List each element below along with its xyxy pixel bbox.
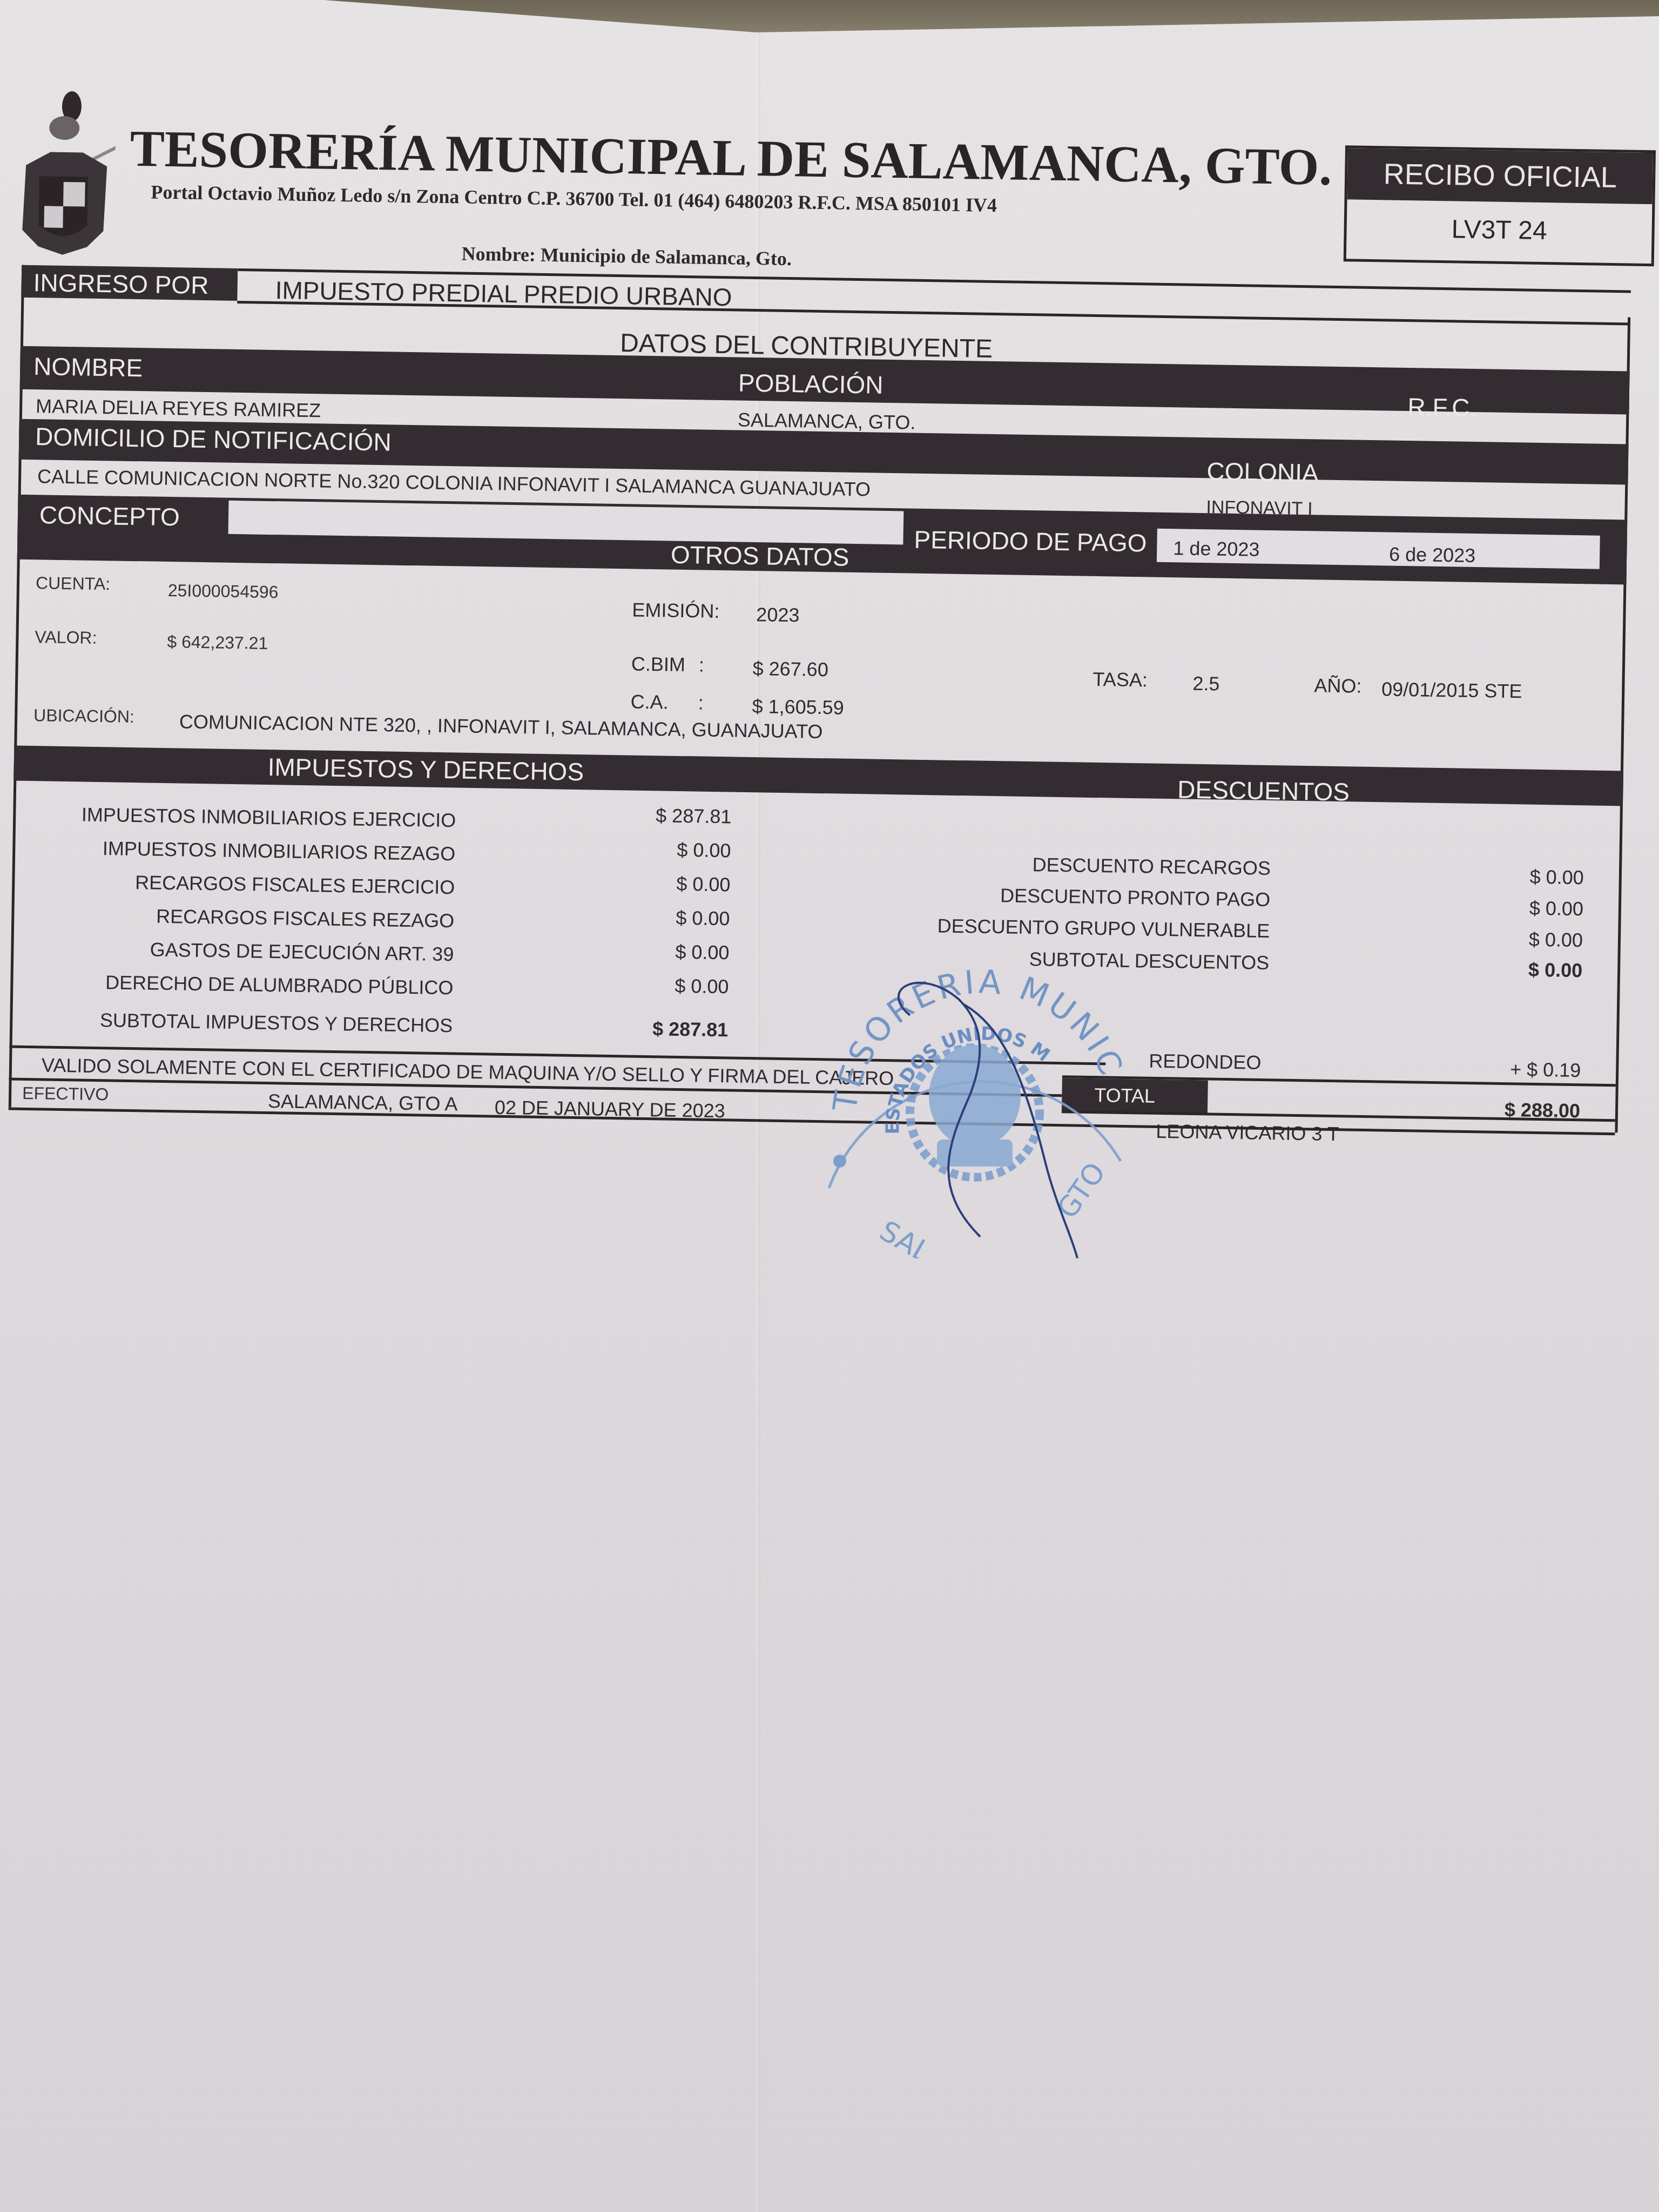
- ca-label: C.A.: [630, 691, 669, 714]
- descuentos-subtotal-amount: $ 0.00: [1458, 957, 1583, 982]
- impuesto-row-label: IMPUESTOS INMOBILIARIOS REZAGO: [45, 837, 456, 866]
- impuesto-row-amount: $ 287.81: [596, 804, 732, 828]
- impuesto-row-label: RECARGOS FISCALES REZAGO: [44, 903, 455, 932]
- receipt-box-label: RECIBO OFICIAL: [1347, 148, 1653, 204]
- nombre-value: MARIA DELIA REYES RAMIREZ: [36, 395, 321, 422]
- descuento-row-label: DESCUENTO RECARGOS: [930, 852, 1271, 880]
- ingreso-label: INGRESO POR: [33, 268, 208, 300]
- receipt-number: LV3T 24: [1346, 199, 1653, 261]
- otros-datos-title: OTROS DATOS: [671, 540, 849, 572]
- domicilio-label: DOMICILIO DE NOTIFICACIÓN: [35, 422, 392, 456]
- impuesto-row-amount: $ 0.00: [594, 973, 729, 998]
- impuestos-subtotal-label: SUBTOTAL IMPUESTOS Y DERECHOS: [42, 1008, 453, 1037]
- treasury-entity-name: Nombre: Municipio de Salamanca, Gto.: [461, 242, 792, 270]
- tasa-label: TASA:: [1092, 668, 1148, 692]
- impuesto-row-amount: $ 0.00: [596, 838, 731, 862]
- rfc-label: R.F.C.: [1407, 392, 1477, 422]
- treasury-seal-stamp: TESORERIA MUNICIPAL ESTADOS UNIDOS MEXIC…: [797, 934, 1153, 1258]
- national-eagle-emblem-icon: [910, 1045, 1040, 1177]
- valor-label: VALOR:: [35, 627, 97, 648]
- poblacion-label: POBLACIÓN: [738, 368, 884, 400]
- emision-value: 2023: [756, 603, 800, 626]
- impuestos-subtotal-amount: $ 287.81: [593, 1016, 729, 1041]
- emision-label: EMISIÓN:: [632, 599, 720, 623]
- impuesto-row-label: GASTOS DE EJECUCIÓN ART. 39: [43, 936, 454, 966]
- descuento-row-label: DESCUENTO PRONTO PAGO: [930, 883, 1271, 911]
- receipt-form: INGRESO POR IMPUESTO PREDIAL PREDIO URBA…: [22, 265, 1631, 291]
- impuesto-row-label: IMPUESTOS INMOBILIARIOS EJERCICIO: [45, 803, 456, 832]
- anio-label: AÑO:: [1314, 674, 1362, 697]
- tasa-value: 2.5: [1192, 672, 1220, 696]
- periodo-label: PERIODO DE PAGO: [914, 525, 1147, 558]
- periodo-from: 1 de 2023: [1173, 537, 1260, 561]
- ca-value: $ 1,605.59: [752, 695, 844, 719]
- ubicacion-label: UBICACIÓN:: [33, 705, 134, 727]
- periodo-to: 6 de 2023: [1389, 543, 1476, 568]
- municipal-crest-icon: [11, 89, 117, 258]
- anio-value: 09/01/2015 STE: [1381, 678, 1522, 703]
- nombre-label: NOMBRE: [33, 352, 143, 382]
- seal-bottom-right: GTO: [1051, 1157, 1112, 1224]
- cuenta-label: CUENTA:: [36, 573, 111, 594]
- cbim-value: $ 267.60: [752, 657, 828, 681]
- cashier-name: LEONA VICARIO 3 T: [1156, 1120, 1339, 1145]
- valor-value: $ 642,237.21: [167, 632, 268, 653]
- colonia-label: COLONIA: [1206, 456, 1319, 487]
- concepto-label: CONCEPTO: [39, 500, 180, 531]
- impuestos-band: [14, 746, 1623, 806]
- cbim-label: C.BIM: [631, 653, 686, 677]
- redondeo-amount: + $ 0.19: [1456, 1057, 1581, 1082]
- cbim-colon: :: [698, 653, 704, 676]
- ubicacion-value: COMUNICACION NTE 320, , INFONAVIT I, SAL…: [179, 710, 823, 743]
- descuento-row-amount: $ 0.00: [1459, 896, 1584, 921]
- impuestos-title: IMPUESTOS Y DERECHOS: [267, 752, 584, 786]
- seal-bottom-left: SAL: [874, 1215, 936, 1258]
- redondeo-label: REDONDEO: [1149, 1050, 1262, 1074]
- impuesto-row-amount: $ 0.00: [595, 906, 730, 930]
- ca-colon: :: [698, 691, 704, 714]
- descuento-row-amount: $ 0.00: [1459, 927, 1583, 952]
- impuesto-row-amount: $ 0.00: [595, 872, 731, 896]
- impuesto-row-amount: $ 0.00: [594, 940, 730, 965]
- impuesto-row-label: DERECHO DE ALUMBRADO PÚBLICO: [43, 970, 454, 999]
- payment-method: EFECTIVO: [22, 1083, 109, 1105]
- receipt-number-box: RECIBO OFICIAL LV3T 24: [1344, 145, 1656, 266]
- cuenta-value: 25I000054596: [168, 581, 279, 602]
- descuento-row-amount: $ 0.00: [1460, 865, 1584, 889]
- descuentos-title: DESCUENTOS: [1177, 774, 1350, 806]
- impuesto-row-label: RECARGOS FISCALES EJERCICIO: [44, 869, 455, 899]
